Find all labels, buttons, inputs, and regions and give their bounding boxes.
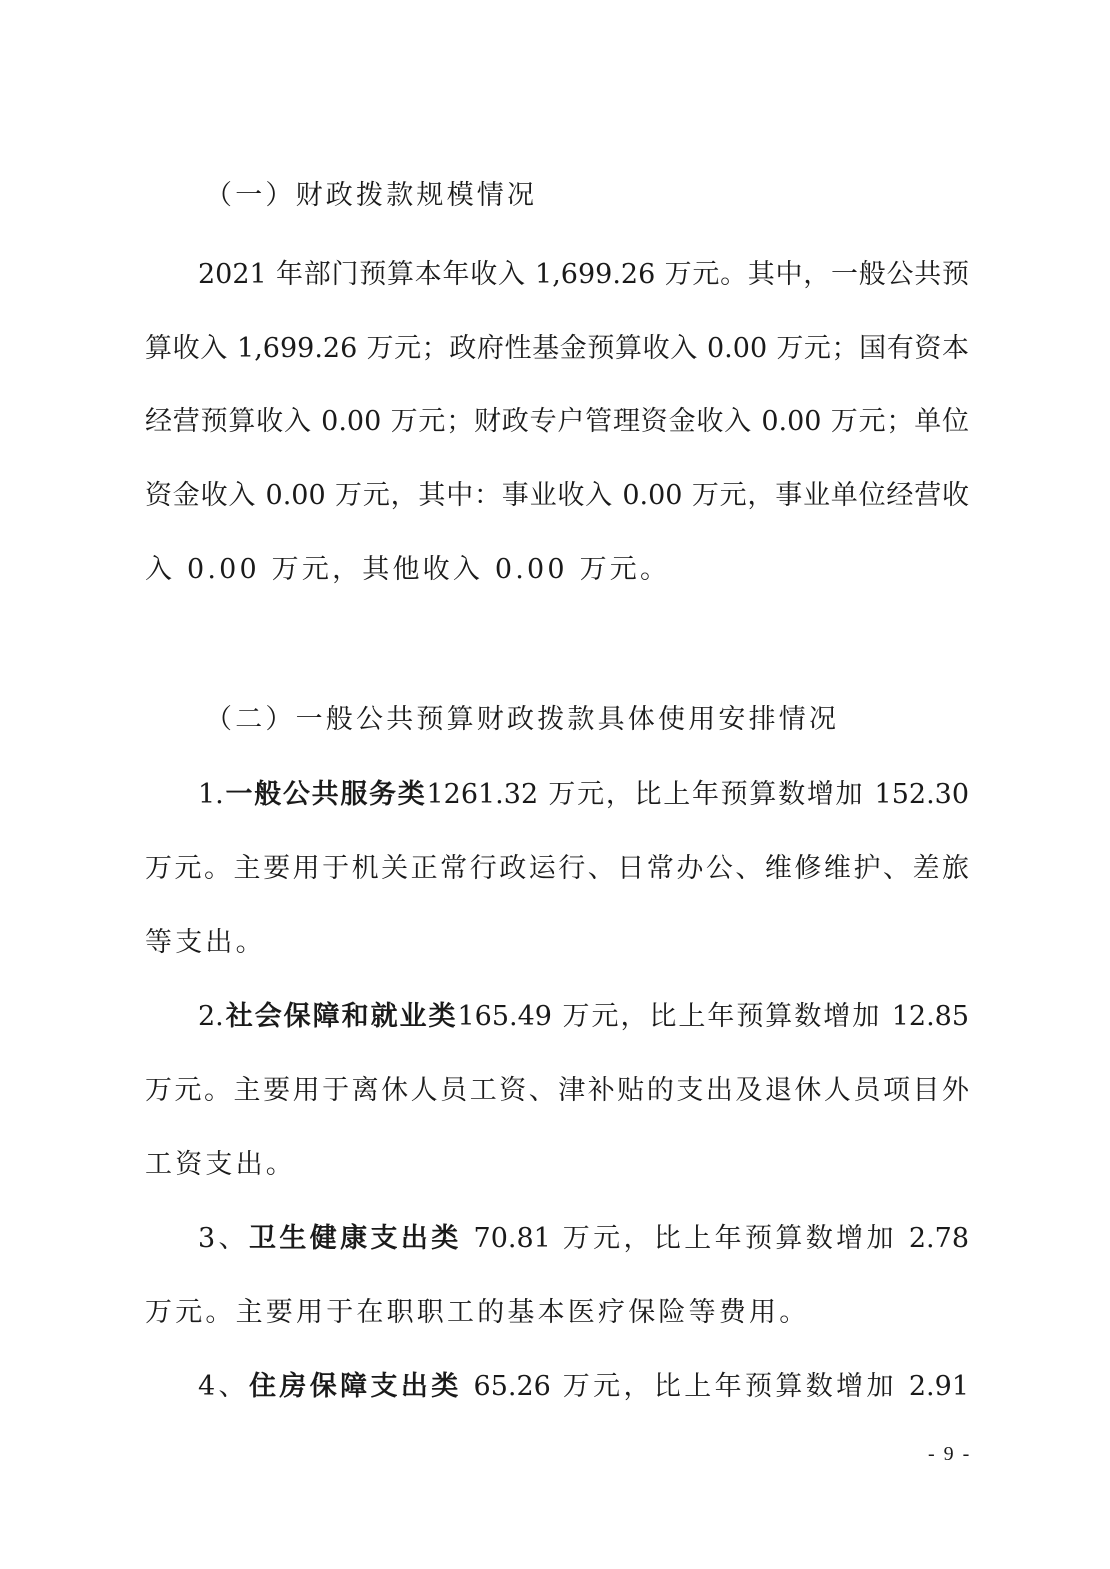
section-1-line-4: 资金收入 0.00 万元，其中：事业收入 0.00 万元，事业单位经营收 <box>145 478 969 514</box>
section-1-heading: （一）财政拨款规模情况 <box>205 178 1029 214</box>
section-1-line-3: 经营预算收入 0.00 万元；财政专户管理资金收入 0.00 万元；单位 <box>145 404 969 440</box>
item-2-first-line: 2.社会保障和就业类165.49 万元，比上年预算数增加 12.85 <box>198 999 969 1035</box>
item-1-line-3: 等支出。 <box>145 925 969 961</box>
item-3-category: 卫生健康支出类 <box>249 1223 462 1254</box>
section-1-line-1: 2021 年部门预算本年收入 1,699.26 万元。其中，一般公共预 <box>198 257 969 293</box>
item-2-line-2: 万元。主要用于离休人员工资、津补贴的支出及退休人员项目外 <box>145 1073 969 1109</box>
item-3-line-2: 万元。主要用于在职职工的基本医疗保险等费用。 <box>145 1295 969 1331</box>
item-3-first-line: 3、卫生健康支出类 70.81 万元，比上年预算数增加 2.78 <box>198 1221 969 1257</box>
item-4-category: 住房保障支出类 <box>249 1371 462 1402</box>
section-1-line-5: 入 0.00 万元，其他收入 0.00 万元。 <box>145 552 969 588</box>
item-1-first-line: 1.一般公共服务类1261.32 万元，比上年预算数增加 152.30 <box>198 777 969 813</box>
item-1-category: 一般公共服务类 <box>224 779 427 810</box>
section-2-heading: （二）一般公共预算财政拨款具体使用安排情况 <box>205 702 1029 738</box>
item-2-category: 社会保障和就业类 <box>224 1001 458 1032</box>
section-1-line-2: 算收入 1,699.26 万元；政府性基金预算收入 0.00 万元；国有资本 <box>145 331 969 367</box>
item-4-first-line: 4、住房保障支出类 65.26 万元，比上年预算数增加 2.91 <box>198 1369 969 1405</box>
page-number: - 9 - <box>928 1443 971 1466</box>
item-1-line-2: 万元。主要用于机关正常行政运行、日常办公、维修维护、差旅 <box>145 851 969 887</box>
item-2-line-3: 工资支出。 <box>145 1147 969 1183</box>
